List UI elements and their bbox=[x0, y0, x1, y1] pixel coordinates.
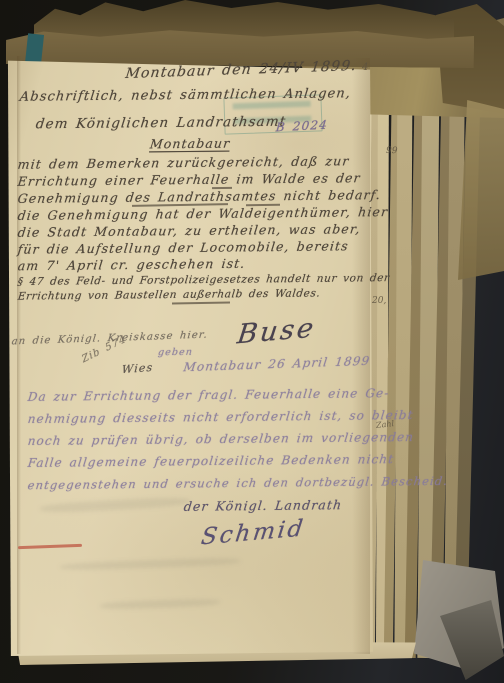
margin-fragment: 99 bbox=[386, 146, 398, 157]
page-fold-line bbox=[17, 56, 21, 654]
registry-number: B 2024 bbox=[275, 118, 328, 135]
address-line-2: dem Königlichen Landrathsamt bbox=[35, 114, 287, 133]
reply-closing: der Königl. Landrath bbox=[183, 497, 343, 514]
address-place: Montabaur bbox=[149, 136, 231, 152]
margin-fragment: 20, bbox=[372, 296, 386, 306]
margin-fragment: 4 bbox=[362, 62, 368, 73]
photo-of-archival-document: 4 99 20, Zahl Montabaur den 24/IV 1899. … bbox=[0, 0, 504, 683]
torn-cover-paper bbox=[34, 0, 454, 40]
body-line: am 7' April cr. geschehen ist. bbox=[17, 256, 246, 273]
underline-im bbox=[212, 187, 232, 189]
note-geben: geben bbox=[157, 347, 193, 358]
torn-cover-paper bbox=[458, 100, 504, 280]
note-wies: Wies bbox=[121, 361, 153, 376]
